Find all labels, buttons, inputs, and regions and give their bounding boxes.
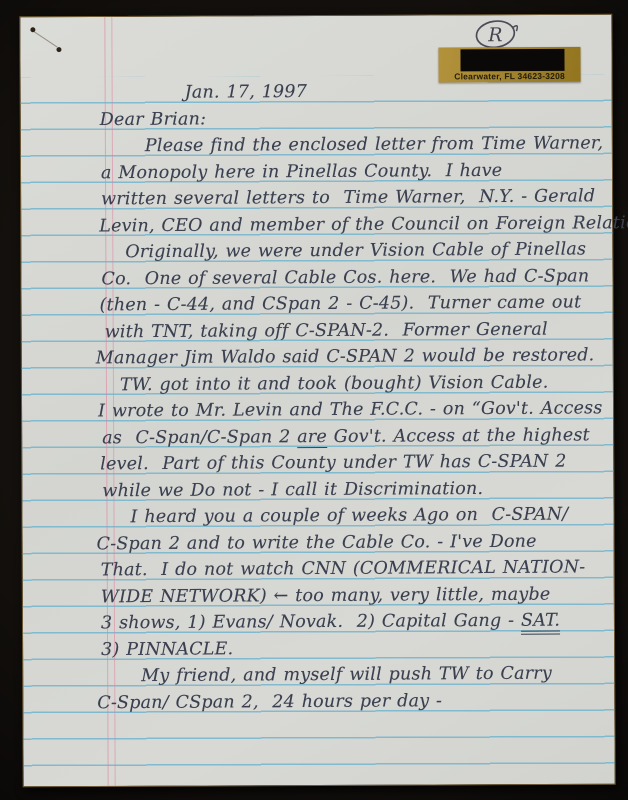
letter-text: with TNT, taking off C-SPAN-2. Former Ge… bbox=[105, 319, 548, 342]
letter-text: Jan. 17, 1997 bbox=[185, 82, 307, 103]
letter-line: Manager Jim Waldo said C-SPAN 2 would be… bbox=[96, 343, 595, 370]
letter-text: TW. got into it and took (bought) Vision… bbox=[120, 372, 549, 395]
letter-text: C-Span 2 and to write the Cable Co. - I'… bbox=[97, 531, 537, 554]
underlined-word: are bbox=[297, 426, 327, 447]
letter-line: My friend, and myself will push TW to Ca… bbox=[141, 662, 552, 689]
letter-line: 3) PINNACLE. bbox=[101, 637, 233, 662]
letter-line: WIDE NETWORK) ← too many, very little, m… bbox=[101, 582, 551, 609]
letter-text: Gov't. Access at the highest bbox=[327, 425, 590, 447]
letter-line: That. I do not watch CNN (COMMERICAL NAT… bbox=[101, 555, 586, 582]
letter-line: Originally, we were under Vision Cable o… bbox=[125, 237, 586, 264]
letter-text: My friend, and myself will push TW to Ca… bbox=[141, 664, 552, 687]
letter-line: level. Part of this County under TW has … bbox=[100, 450, 566, 477]
letter-line: Please find the enclosed letter from Tim… bbox=[145, 131, 604, 158]
letter-text: Please find the enclosed letter from Tim… bbox=[145, 133, 604, 156]
letter-line: Jan. 17, 1997 bbox=[185, 80, 308, 105]
letter-line: I heard you a couple of weeks Ago on C-S… bbox=[130, 503, 568, 530]
letter-line: C-Span 2 and to write the Cable Co. - I'… bbox=[97, 529, 537, 556]
letter-text: Levin, CEO and member of the Council on … bbox=[99, 212, 628, 235]
letter-line: I wrote to Mr. Levin and The F.C.C. - on… bbox=[98, 396, 603, 423]
letter-body: Jan. 17, 1997Dear Brian:Please find the … bbox=[20, 15, 614, 787]
letter-line: Levin, CEO and member of the Council on … bbox=[99, 210, 628, 237]
letter-page: R Clearwater, FL 34623-3208 Jan. 17, 199… bbox=[19, 14, 615, 788]
letter-text: Originally, we were under Vision Cable o… bbox=[125, 239, 586, 262]
letter-line: Dear Brian: bbox=[100, 107, 207, 132]
underlined-word: SAT. bbox=[521, 611, 560, 635]
letter-text: written several letters to Time Warner, … bbox=[101, 186, 595, 209]
letter-line: while we Do not - I call it Discriminati… bbox=[102, 476, 483, 502]
letter-text: 3 shows, 1) Evans/ Novak. 2) Capital Gan… bbox=[101, 611, 521, 634]
letter-text: I heard you a couple of weeks Ago on C-S… bbox=[130, 505, 568, 528]
letter-line: Co. One of several Cable Cos. here. We h… bbox=[101, 264, 589, 291]
letter-line: as C-Span/C-Span 2 are Gov't. Access at … bbox=[102, 423, 590, 450]
letter-text: Dear Brian: bbox=[100, 109, 206, 130]
letter-text: a Monopoly here in Pinellas County. I ha… bbox=[101, 160, 502, 182]
letter-line: C-Span/ CSpan 2, 24 hours per day - bbox=[97, 689, 442, 715]
letter-text: I wrote to Mr. Levin and The F.C.C. - on… bbox=[98, 398, 603, 421]
letter-line: written several letters to Time Warner, … bbox=[101, 184, 595, 211]
letter-line: a Monopoly here in Pinellas County. I ha… bbox=[101, 158, 502, 184]
letter-text: WIDE NETWORK) ← too many, very little, m… bbox=[101, 584, 551, 607]
letter-text: as C-Span/C-Span 2 bbox=[102, 427, 297, 448]
scanned-letter-page: R Clearwater, FL 34623-3208 Jan. 17, 199… bbox=[0, 0, 628, 800]
letter-line: 3 shows, 1) Evans/ Novak. 2) Capital Gan… bbox=[101, 609, 560, 636]
letter-text: 3) PINNACLE. bbox=[101, 639, 233, 660]
letter-text: level. Part of this County under TW has … bbox=[100, 452, 566, 475]
letter-text: C-Span/ CSpan 2, 24 hours per day - bbox=[97, 691, 442, 713]
letter-text: That. I do not watch CNN (COMMERICAL NAT… bbox=[101, 557, 586, 580]
letter-text: while we Do not - I call it Discriminati… bbox=[102, 478, 483, 500]
letter-text: Co. One of several Cable Cos. here. We h… bbox=[101, 266, 589, 289]
letter-line: with TNT, taking off C-SPAN-2. Former Ge… bbox=[105, 317, 548, 344]
letter-line: TW. got into it and took (bought) Vision… bbox=[120, 370, 549, 397]
letter-text: Manager Jim Waldo said C-SPAN 2 would be… bbox=[96, 345, 595, 368]
letter-line: (then - C-44, and CSpan 2 - C-45). Turne… bbox=[100, 290, 582, 317]
letter-text: (then - C-44, and CSpan 2 - C-45). Turne… bbox=[100, 292, 582, 315]
